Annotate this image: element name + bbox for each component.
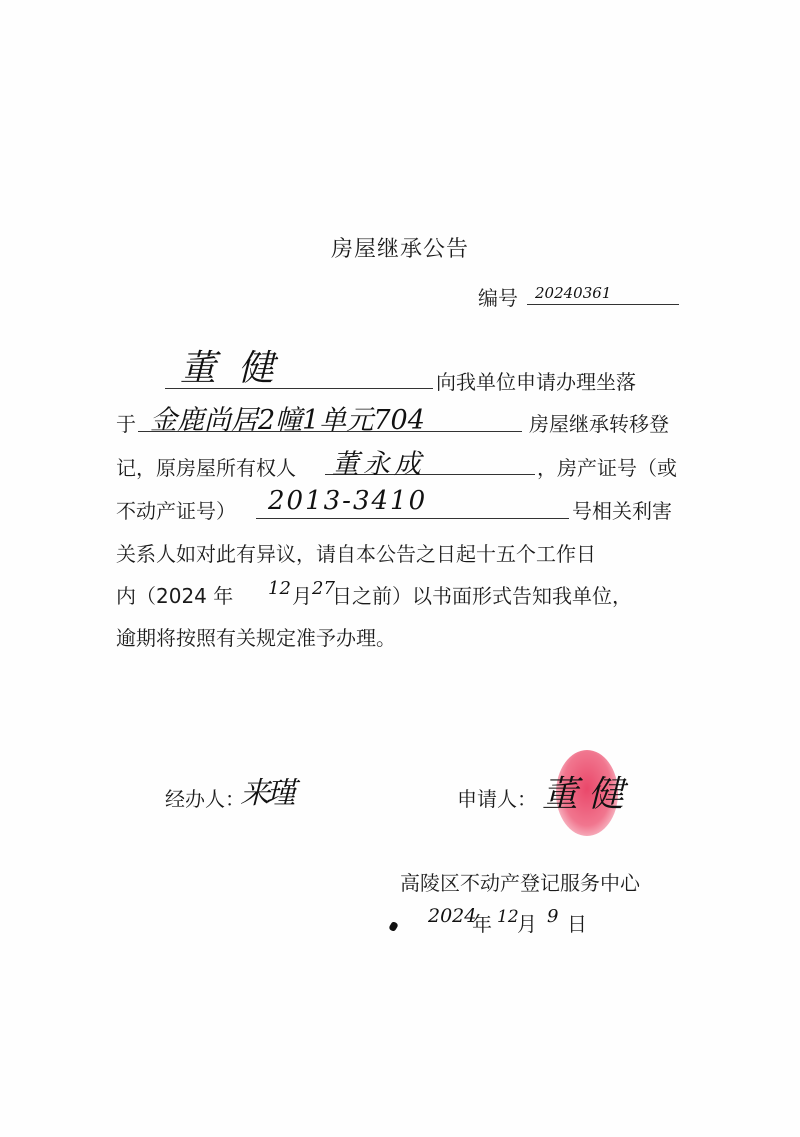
handler-signature[interactable]: 来瑾 [240,768,292,812]
applicant-label: 申请人： [457,783,537,812]
certificate-number-field[interactable]: 2013-3410 [268,486,427,516]
ink-mark [388,921,399,932]
line6-prefix: 内（2024 年 [116,580,233,609]
line4-suffix: 号相关利害 [572,495,672,524]
applicant-name-field[interactable]: 董健 [180,340,296,391]
deadline-month[interactable]: 12 [268,578,291,599]
line3-prefix: 记，原房屋所有权人 [116,452,296,481]
property-address-field[interactable]: 金鹿尚居2幢1单元704 [150,398,425,437]
number-underline [527,304,679,305]
line7-text: 逾期将按照有关规定准予办理。 [116,622,396,651]
applicant-underline [165,388,433,389]
line1-text: 向我单位申请办理坐落 [436,366,636,395]
certificate-underline [256,518,569,519]
handler-label: 经办人： [165,783,245,812]
line2-prefix: 于 [116,408,136,437]
original-owner-field[interactable]: 董永成 [332,442,425,481]
organization-name: 高陵区不动产登记服务中心 [400,867,640,896]
line6-mid: 月 [292,580,312,609]
date-year-unit: 年 [472,908,492,937]
line6-suffix: 日之前）以书面形式告知我单位， [332,580,632,609]
line2-suffix: 房屋继承转移登 [529,408,669,437]
date-month-unit: 月 [517,908,537,937]
date-month[interactable]: 12 [497,907,519,927]
number-value[interactable]: 20240361 [535,284,611,302]
line3-suffix: ，房产证号（或 [537,452,677,481]
date-year[interactable]: 2024 [428,905,476,927]
applicant-signature[interactable]: 董健 [542,766,634,817]
date-day[interactable]: 9 [547,906,558,927]
document-title: 房屋继承公告 [0,232,800,263]
number-label: 编号 [478,282,518,311]
line4-prefix: 不动产证号） [116,495,236,524]
date-day-unit: 日 [567,908,587,937]
line5-text: 关系人如对此有异议，请自本公告之日起十五个工作日 [116,538,596,567]
